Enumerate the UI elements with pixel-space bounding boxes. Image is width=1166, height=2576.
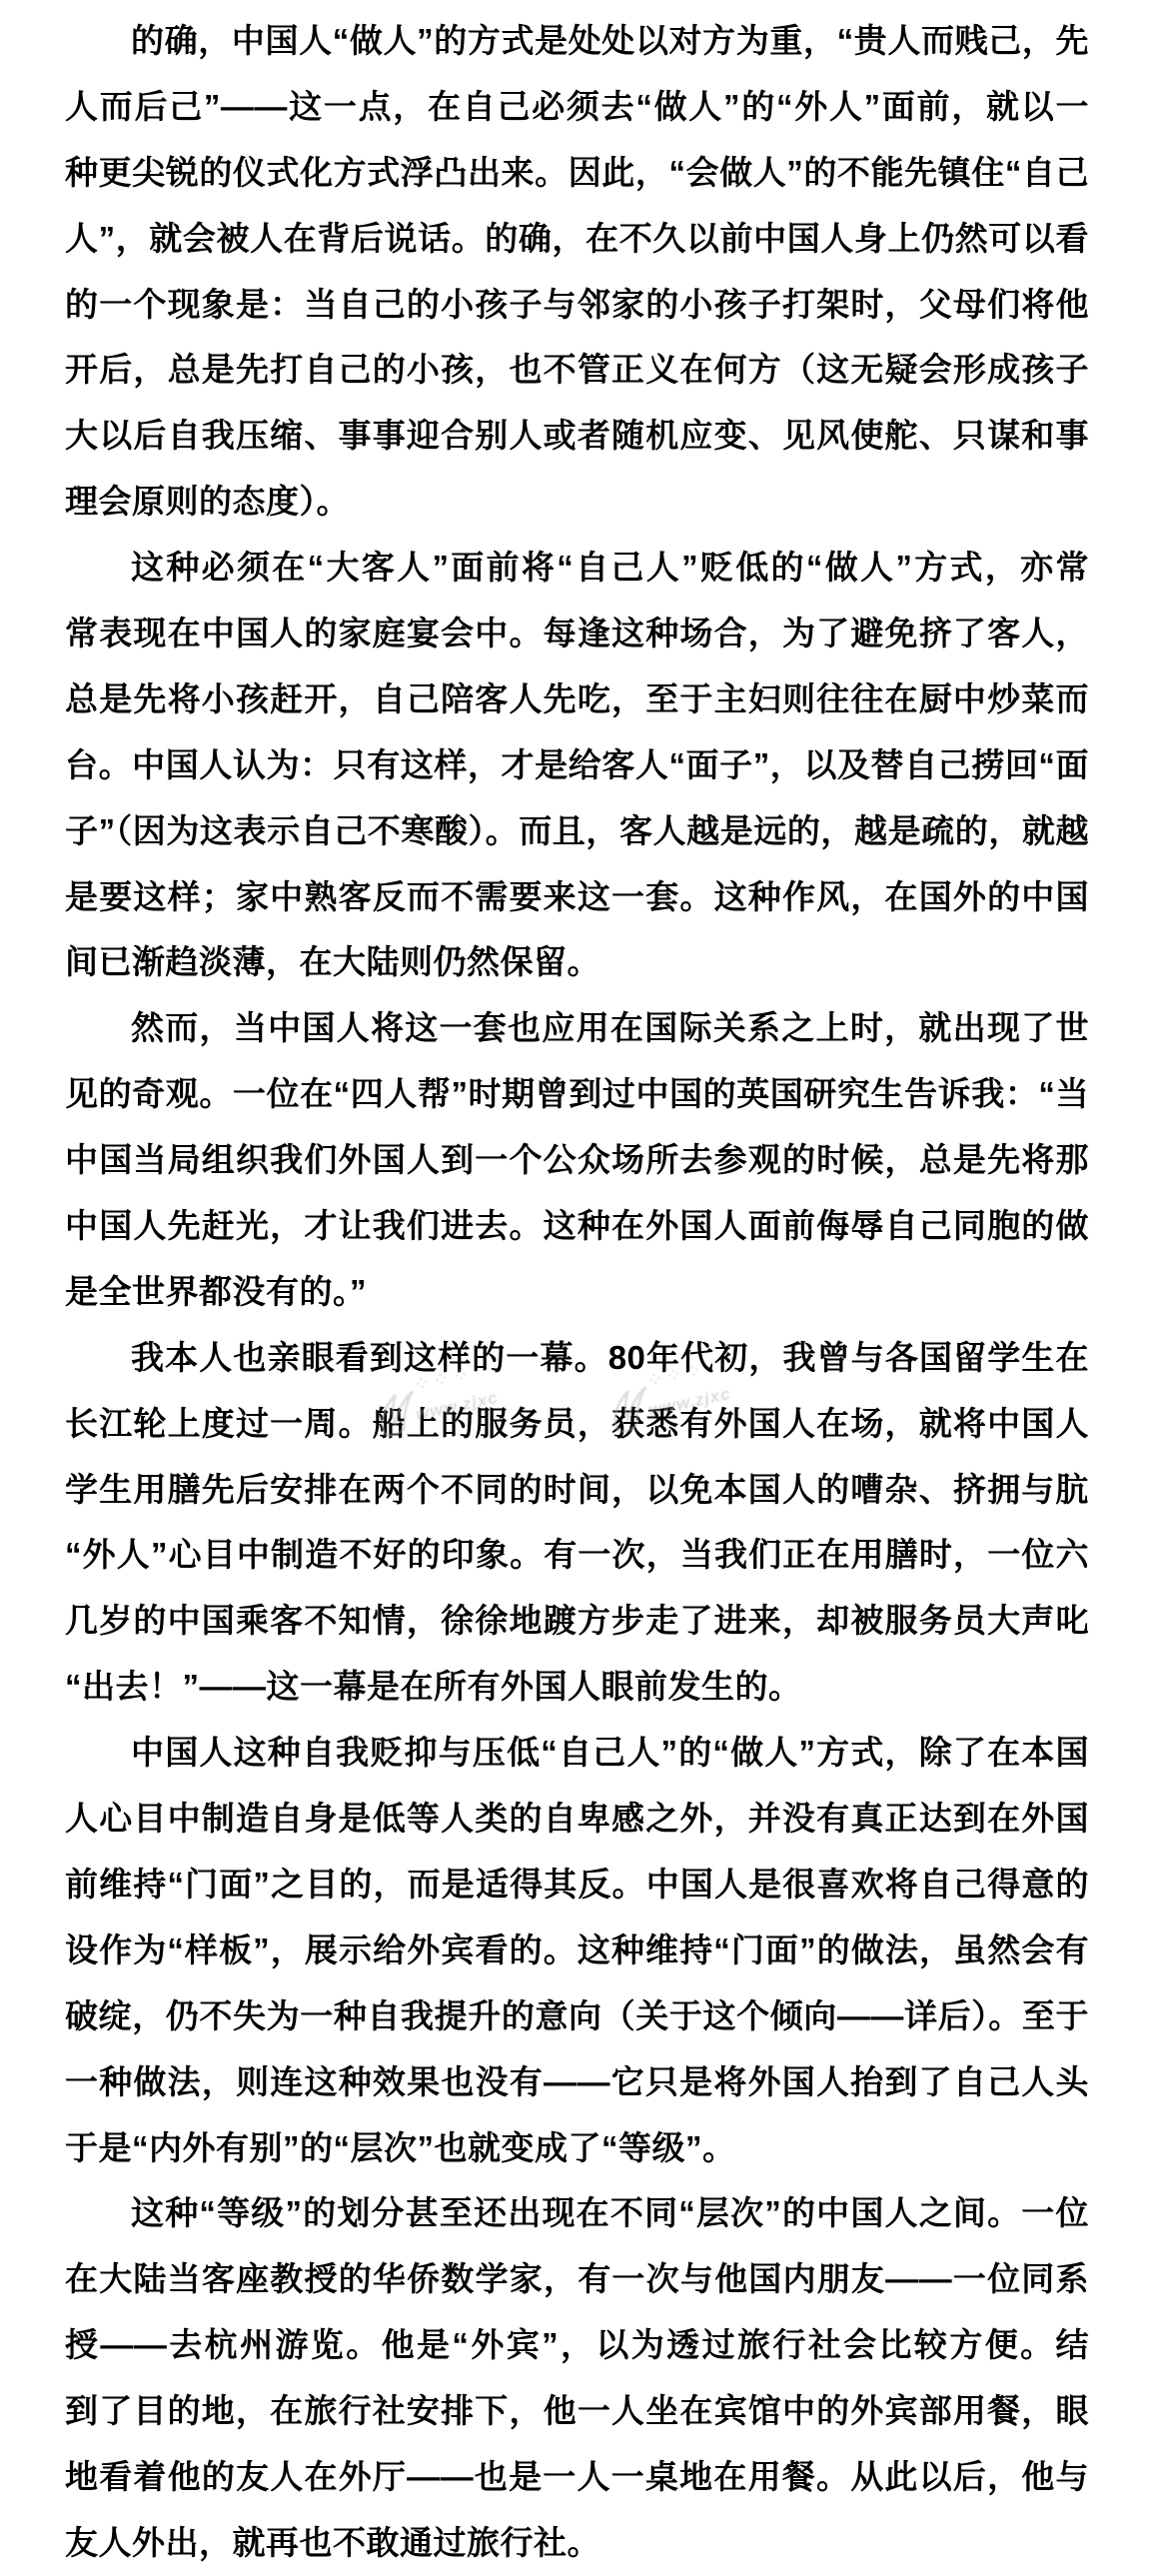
text-line: 人心目中制造自身是低等人类的自卑感之外，并没有真正达到在外国人面	[65, 1786, 1089, 1852]
text-line: 授——去杭州游览。他是“外宾”，以为透过旅行社会比较方便。结果，	[65, 2312, 1089, 2378]
text-line: 这种“等级”的划分甚至还出现在不同“层次”的中国人之间。一位	[65, 2180, 1089, 2246]
text-line: 学生用膳先后安排在两个不同的时间，以免本国人的嘈杂、挤拥与肮脏在	[65, 1457, 1089, 1523]
text-line: “外人”心目中制造不好的印象。有一次，当我们正在用膳时，一位六十	[65, 1522, 1089, 1588]
text-line: 这种必须在“大客人”面前将“自己人”贬低的“做人”方式，亦常	[65, 535, 1089, 601]
text-line: 常表现在中国人的家庭宴会中。每逢这种场合，为了避免挤了客人，主人	[65, 601, 1089, 666]
text-line: 种更尖锐的仪式化方式浮凸出来。因此，“会做人”的不能先镇住“自己	[65, 140, 1089, 206]
text-line: 人而后己”——这一点，在自己必须去“做人”的“外人”面前，就以一	[65, 74, 1089, 140]
text-line: “出去！”——这一幕是在所有外国人眼前发生的。	[65, 1654, 1089, 1720]
text-line: 于是“内外有别”的“层次”也就变成了“等级”。	[65, 2115, 1089, 2181]
text-line: 破绽，仍不失为一种自我提升的意向（关于这个倾向——详后）。至于前	[65, 1983, 1089, 2049]
text-line: 然而，当中国人将这一套也应用在国际关系之上时，就出现了世所罕	[65, 995, 1089, 1061]
document-page: 的确，中国人“做人”的方式是处处以对方为重，“贵人而贱己，先人而后己”——这一点…	[0, 0, 1166, 2576]
text-line: 中国人这种自我贬抑与压低“自己人”的“做人”方式，除了在本国	[65, 1720, 1089, 1786]
text-line: 设作为“样板”，展示给外宾看的。这种维持“门面”的做法，虽然会有	[65, 1918, 1089, 1983]
text-line: 我本人也亲眼看到这样的一幕。80年代初，我曾与各国留学生在一艘	[65, 1325, 1089, 1391]
text-line: 的确，中国人“做人”的方式是处处以对方为重，“贵人而贱己，先	[65, 8, 1089, 74]
text-line: 见的奇观。一位在“四人帮”时期曾到过中国的英国研究生告诉我：“当	[65, 1061, 1089, 1127]
text-line: 前维持“门面”之目的，而是适得其反。中国人是很喜欢将自己得意的建	[65, 1852, 1089, 1918]
text-line: 大以后自我压缩、事事迎合别人或者随机应变、见风使舵、只谋和事不太	[65, 403, 1089, 469]
text-line: 子”（因为这表示自己不寒酸）。而且，客人越是远的，越是疏的，就越	[65, 798, 1089, 864]
body-text: 的确，中国人“做人”的方式是处处以对方为重，“贵人而贱己，先人而后己”——这一点…	[65, 8, 1089, 2576]
text-line: 在大陆当客座教授的华侨数学家，有一次与他国内朋友——一位同系的教	[65, 2246, 1089, 2312]
text-line: 台。中国人认为：只有这样，才是给客人“面子”，以及替自己捞回“面	[65, 732, 1089, 798]
text-line: 开后，总是先打自己的小孩，也不管正义在何方（这无疑会形成孩子在长	[65, 337, 1089, 403]
text-line: 中国当局组织我们外国人到一个公众场所去参观的时候，总是先将那里的	[65, 1127, 1089, 1193]
text-line: 的一个现象是：当自己的小孩子与邻家的小孩子打架时，父母们将他们拆	[65, 272, 1089, 338]
text-line: 友人外出，就再也不敢通过旅行社。	[65, 2510, 1089, 2576]
text-line: 总是先将小孩赶开，自己陪客人先吃，至于主妇则往往在厨中炒菜而不上	[65, 666, 1089, 732]
text-line: 长江轮上度过一周。船上的服务员，获悉有外国人在场，就将中国人与留	[65, 1391, 1089, 1457]
text-line: 地看着他的友人在外厅——也是一人一桌地在用餐。从此以后，他与国内	[65, 2444, 1089, 2510]
text-line: 间已渐趋淡薄，在大陆则仍然保留。	[65, 929, 1089, 995]
text-line: 是要这样；家中熟客反而不需要来这一套。这种作风，在国外的中国人之	[65, 864, 1089, 930]
text-line: 几岁的中国乘客不知情，徐徐地踱方步走了进来，却被服务员大声叱喝：	[65, 1588, 1089, 1654]
text-line: 人”，就会被人在背后说话。的确，在不久以前中国人身上仍然可以看到	[65, 206, 1089, 272]
text-line: 到了目的地，在旅行社安排下，他一人坐在宾馆中的外宾部用餐，眼光光	[65, 2378, 1089, 2444]
text-line: 一种做法，则连这种效果也没有——它只是将外国人抬到了自己人头上，	[65, 2049, 1089, 2115]
text-line: 理会原则的态度）。	[65, 469, 1089, 535]
text-line: 中国人先赶光，才让我们进去。这种在外国人面前侮辱自己同胞的做法，	[65, 1193, 1089, 1259]
text-line: 是全世界都没有的。”	[65, 1259, 1089, 1325]
